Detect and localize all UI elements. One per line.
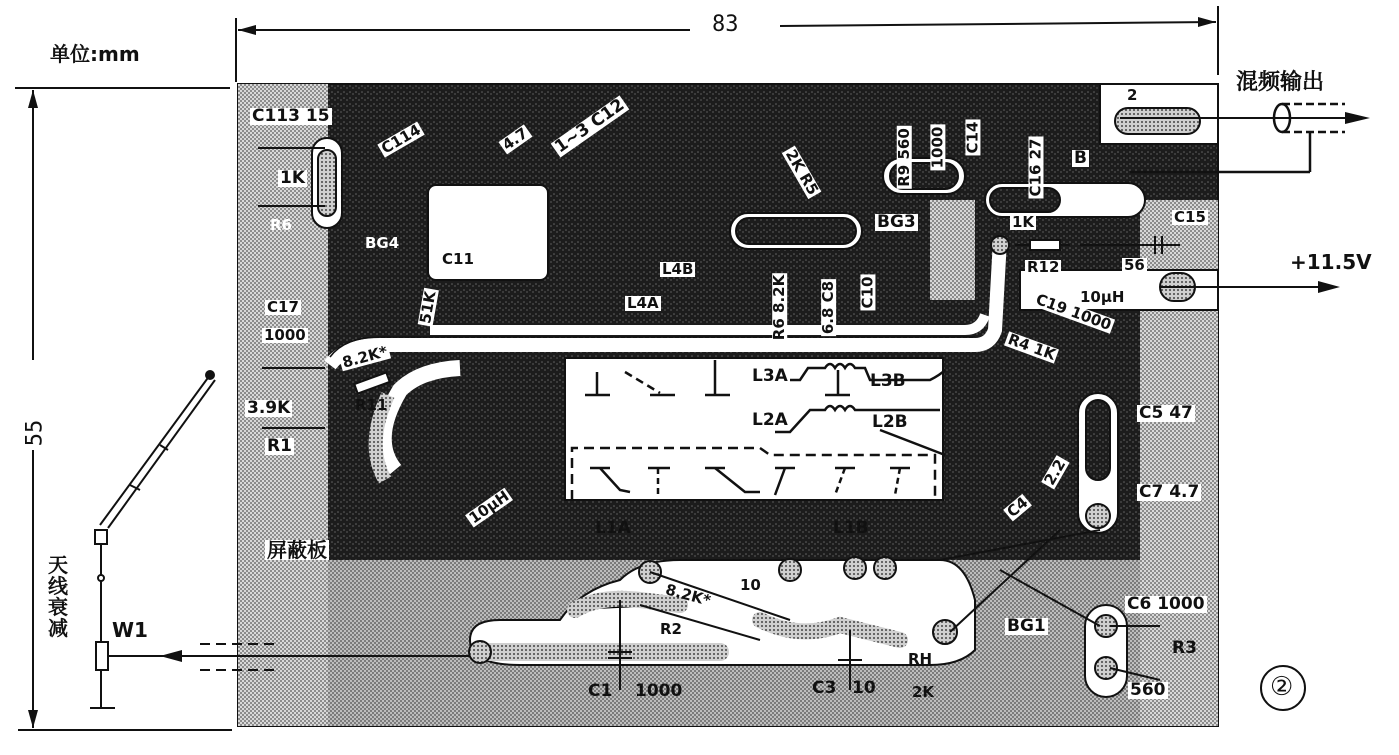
label-c15: C15 bbox=[1172, 210, 1208, 225]
label-c16: C16 27 bbox=[1028, 137, 1043, 199]
label-c14: C14 bbox=[965, 120, 980, 156]
shield-plate-label: 屏蔽板 bbox=[265, 540, 329, 560]
label-l2a: L2A bbox=[752, 412, 788, 429]
label-r3: R3 bbox=[1172, 640, 1197, 657]
label-r3-value: 560 bbox=[1128, 682, 1168, 699]
label-r12-value: 56 bbox=[1122, 258, 1147, 273]
label-r1: R1 bbox=[265, 438, 294, 455]
label-l3b: L3B bbox=[870, 373, 906, 390]
label-c113: C113 15 bbox=[250, 108, 332, 125]
label-r11: R11 bbox=[355, 398, 387, 413]
label-b: B bbox=[1072, 150, 1089, 167]
label-c3-value: 10 bbox=[852, 680, 876, 697]
label-r-1k-top: 1K bbox=[278, 170, 307, 187]
label-l1a: L1A bbox=[595, 520, 631, 537]
label-bg3: BG3 bbox=[875, 214, 918, 231]
label-c17: C17 bbox=[265, 300, 301, 315]
label-c1-value: 1000 bbox=[635, 683, 682, 700]
width-dimension: 83 bbox=[712, 14, 739, 36]
label-r-2k: 2K bbox=[912, 685, 934, 700]
figure-number: ② bbox=[1270, 674, 1293, 700]
label-l3a: L3A bbox=[752, 368, 788, 385]
label-r2: R2 bbox=[660, 622, 682, 637]
label-l4b: L4B bbox=[660, 262, 695, 277]
label-c3: C3 bbox=[812, 680, 836, 697]
label-bg4: BG4 bbox=[365, 236, 399, 251]
supply-voltage-label: +11.5V bbox=[1290, 252, 1372, 272]
label-c-1000-top: 1000 bbox=[930, 125, 945, 171]
label-r6b: R6 8.2K bbox=[772, 273, 787, 342]
unit-label: 单位:mm bbox=[50, 44, 140, 64]
label-r-1k-right: 1K bbox=[1010, 215, 1036, 230]
label-c10: C10 bbox=[860, 275, 875, 311]
label-c5: C5 47 bbox=[1137, 405, 1195, 422]
label-r12: R12 bbox=[1025, 260, 1061, 275]
label-l1b: L1B bbox=[833, 520, 869, 537]
label-r6: R6 bbox=[270, 218, 292, 233]
label-c-10-mid: 10 bbox=[740, 578, 761, 593]
label-c8: 6.8 C8 bbox=[821, 279, 836, 336]
label-r-3-9k: 3.9K bbox=[245, 400, 292, 417]
label-c11: C11 bbox=[440, 252, 476, 267]
label-c6: C6 1000 bbox=[1125, 596, 1207, 613]
label-l4a: L4A bbox=[625, 296, 661, 311]
label-l2b: L2B bbox=[872, 414, 908, 431]
label-l-10uh: 10μH bbox=[1078, 290, 1126, 305]
label-c7: C7 4.7 bbox=[1137, 484, 1201, 501]
height-dimension: 55 bbox=[24, 420, 46, 447]
label-c17-value: 1000 bbox=[262, 328, 308, 343]
potentiometer-label: W1 bbox=[112, 620, 148, 640]
antenna-attenuation-label: 天线衰减 bbox=[48, 555, 70, 639]
mixer-output-label: 混频输出 bbox=[1236, 72, 1324, 94]
label-bg1: BG1 bbox=[1005, 618, 1048, 635]
label-r9: R9 560 bbox=[897, 126, 912, 189]
label-r-h: RH bbox=[908, 652, 932, 667]
label-c1: C1 bbox=[588, 683, 612, 700]
label-t2: 2 bbox=[1127, 88, 1137, 103]
